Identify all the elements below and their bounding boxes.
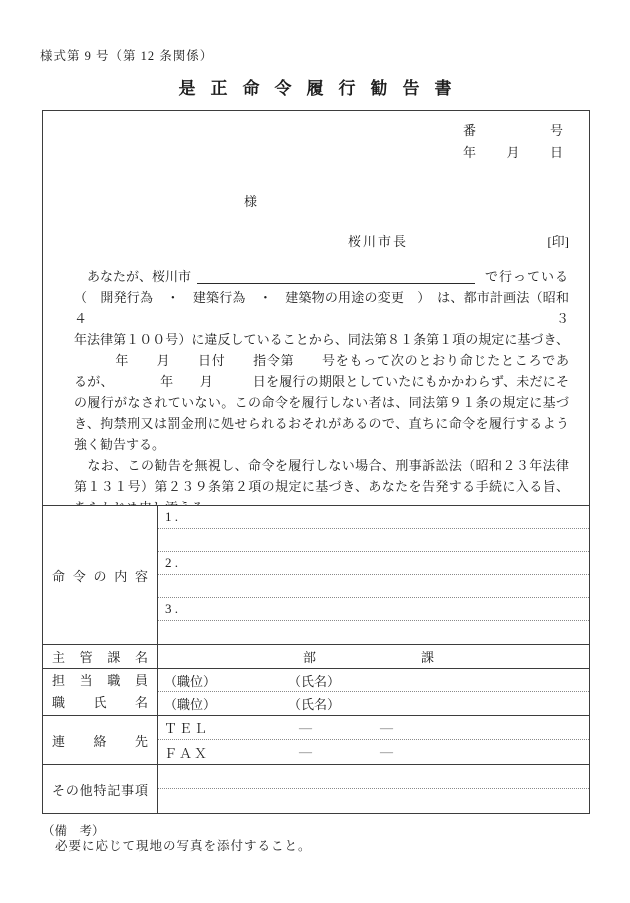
form-table: 命令の内容 1 . 2 . 3 . 主管課名 部 xyxy=(43,505,589,813)
body-line: （ 開発行為 ・ 建築行為 ・ 建築物の用途の変更 ） は、都市計画法（昭和４３ xyxy=(74,287,569,329)
special-notes-row: その他特記事項 xyxy=(43,765,589,813)
remarks-heading: （備 考） xyxy=(42,824,630,839)
body-line1-pre: あなたが、桜川市 xyxy=(74,266,191,287)
tel-dash-1: ― xyxy=(299,720,312,736)
contact-label: 連絡先 xyxy=(52,731,148,750)
fax-label: ＦＡＸ xyxy=(164,743,209,762)
staff-position-label: （職位） xyxy=(164,694,216,713)
staff-label-line1: 担当職員 xyxy=(52,670,148,692)
body-line: 強く勧告する。 xyxy=(74,434,569,455)
body-line-with-blank: あなたが、桜川市 で行っている xyxy=(74,266,569,287)
section-name-label: 主管課名 xyxy=(52,647,148,666)
sender-title: 桜川市長 xyxy=(348,231,408,252)
order-fill-line-2[interactable] xyxy=(158,575,589,598)
order-item-2: 2 . xyxy=(158,552,589,575)
remarks-note: 必要に応じて現地の写真を添付すること。 xyxy=(55,839,630,854)
body-line: き、拘禁刑又は罰金刑に処せられるおそれがあるので、直ちに命令を履行するよう xyxy=(74,413,569,434)
order-content-row: 命令の内容 1 . 2 . 3 . xyxy=(43,506,589,645)
staff-row: 担当職員 職氏名 （職位） （氏名） （職位） （氏名） xyxy=(43,669,589,716)
staff-position-label: （職位） xyxy=(164,671,216,690)
special-notes-label-cell: その他特記事項 xyxy=(43,765,158,813)
document-page: 様式第 9 号（第 12 条関係） 是正命令履行勧告書 番 号 年 月 日 様 … xyxy=(0,0,630,903)
section-name-cell[interactable]: 部 課 xyxy=(158,645,589,668)
document-frame: 番 号 年 月 日 様 桜川市長 [印] あなたが、桜川市 xyxy=(42,110,590,814)
remarks-section: （備 考） 必要に応じて現地の写真を添付すること。 xyxy=(42,824,630,854)
notes-fill-line-1[interactable] xyxy=(158,765,589,789)
body-paragraph-1: （ 開発行為 ・ 建築行為 ・ 建築物の用途の変更 ） は、都市計画法（昭和４３… xyxy=(74,287,569,455)
dept-suffix-label: 部 xyxy=(303,647,316,666)
division-suffix-label: 課 xyxy=(421,647,434,666)
body-line: なお、この勧告を無視し、命令を履行しない場合、刑事訴訟法（昭和２３年法律 xyxy=(74,455,569,476)
order-fill-line-3[interactable] xyxy=(158,621,589,644)
staff-label-line2: 職氏名 xyxy=(52,692,148,714)
order-content-label-cell: 命令の内容 xyxy=(43,506,158,644)
staff-name-label: （氏名） xyxy=(288,694,340,713)
body-line: あらかじめ申し添える。 xyxy=(74,497,569,505)
fill-blank-location[interactable] xyxy=(197,283,475,284)
form-number: 様式第 9 号（第 12 条関係） xyxy=(40,46,630,64)
fax-dash-1: ― xyxy=(299,744,312,760)
staff-line-2[interactable]: （職位） （氏名） xyxy=(158,692,589,715)
seal-mark: [印] xyxy=(547,231,569,252)
body-line: 年 月 日付 指令第 号をもって次のとおり命じたところであ xyxy=(74,350,569,371)
recipient-suffix: 様 xyxy=(244,194,257,209)
notes-fill-line-2[interactable] xyxy=(158,789,589,813)
date-row: 年 月 日 xyxy=(463,142,563,164)
section-name-label-cell: 主管課名 xyxy=(43,645,158,668)
staff-label-cell: 担当職員 職氏名 xyxy=(43,669,158,715)
sender-row: 桜川市長 [印] xyxy=(74,231,569,252)
contact-row: 連絡先 ＴＥＬ ― ― ＦＡＸ ― ― xyxy=(43,716,589,765)
special-notes-cell xyxy=(158,765,589,813)
staff-cell: （職位） （氏名） （職位） （氏名） xyxy=(158,669,589,715)
tel-line[interactable]: ＴＥＬ ― ― xyxy=(158,716,589,740)
staff-line-1[interactable]: （職位） （氏名） xyxy=(158,669,589,692)
body-line: るが、 年 月 日を履行の期限としていたにもかかわらず、未だにそ xyxy=(74,371,569,392)
letter-header-section: 番 号 年 月 日 様 桜川市長 [印] あなたが、桜川市 xyxy=(43,111,589,505)
page-title: 是正命令履行勧告書 xyxy=(0,74,630,99)
staff-name-label: （氏名） xyxy=(288,671,340,690)
order-fill-line-1[interactable] xyxy=(158,529,589,552)
doc-number-row: 番 号 xyxy=(463,120,563,142)
doc-number-unit: 号 xyxy=(550,120,563,142)
number-date-block: 番 号 年 月 日 xyxy=(463,120,563,164)
date-day-label: 日 xyxy=(550,142,563,164)
contact-cell: ＴＥＬ ― ― ＦＡＸ ― ― xyxy=(158,716,589,764)
fax-dash-2: ― xyxy=(380,744,393,760)
body-line: 年法律第１００号）に違反していることから、同法第８１条第１項の規定に基づき、 xyxy=(74,329,569,350)
tel-dash-2: ― xyxy=(380,720,393,736)
order-content-label: 命令の内容 xyxy=(52,566,148,585)
order-content-cell: 1 . 2 . 3 . xyxy=(158,506,589,644)
recipient-row: 様 xyxy=(244,191,569,212)
order-item-3: 3 . xyxy=(158,598,589,621)
tel-label: ＴＥＬ xyxy=(164,718,209,737)
body-text: あなたが、桜川市 で行っている （ 開発行為 ・ 建築行為 ・ 建築物の用途の変… xyxy=(74,266,569,505)
section-name-line: 部 課 xyxy=(158,645,589,668)
special-notes-label: その他特記事項 xyxy=(52,780,148,799)
date-year-label: 年 xyxy=(463,142,476,164)
fax-line[interactable]: ＦＡＸ ― ― xyxy=(158,740,589,764)
body-paragraph-2: なお、この勧告を無視し、命令を履行しない場合、刑事訴訟法（昭和２３年法律第１３１… xyxy=(74,455,569,505)
order-item-1: 1 . xyxy=(158,506,589,529)
doc-number-label: 番 xyxy=(463,120,476,142)
body-line1-post: で行っている xyxy=(485,266,569,287)
body-line: 第１３１号）第２３９条第２項の規定に基づき、あなたを告発する手続に入る旨、 xyxy=(74,476,569,497)
date-month-label: 月 xyxy=(506,142,519,164)
body-line: の履行がなされていない。この命令を履行しない者は、同法第９１条の規定に基づ xyxy=(74,392,569,413)
section-name-row: 主管課名 部 課 xyxy=(43,645,589,669)
contact-label-cell: 連絡先 xyxy=(43,716,158,764)
